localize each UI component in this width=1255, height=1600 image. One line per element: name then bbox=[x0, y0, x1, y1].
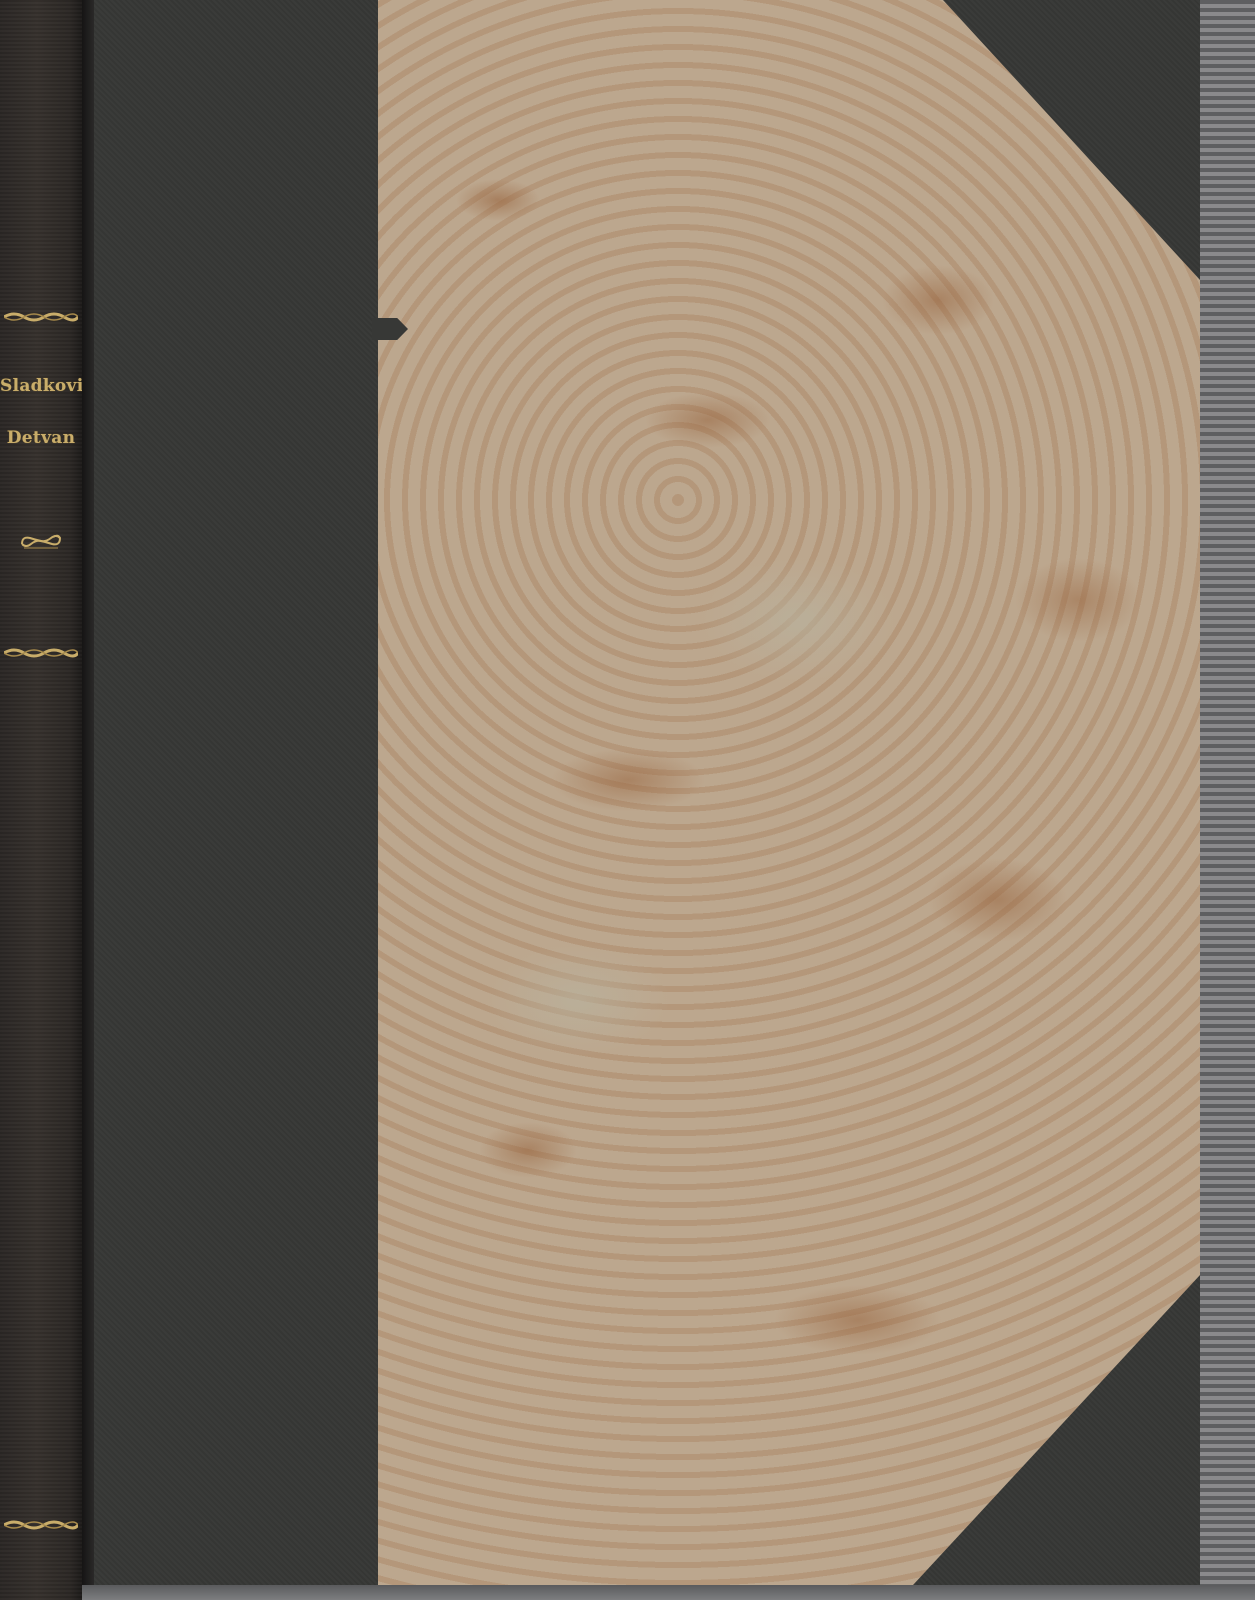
spine-title: Detvan bbox=[0, 428, 82, 448]
spine-author: Sladkovič bbox=[0, 376, 82, 396]
twisted-rule-middle-ornament bbox=[4, 646, 78, 660]
twisted-rule-top-ornament bbox=[4, 310, 78, 324]
marbled-paper-panel bbox=[378, 0, 1200, 1585]
bottom-page-edge bbox=[82, 1585, 1255, 1600]
spine-hinge bbox=[82, 0, 94, 1600]
twisted-rule-bottom-ornament bbox=[4, 1518, 78, 1532]
scroll-flourish-ornament bbox=[18, 532, 64, 550]
page-edges bbox=[1200, 0, 1255, 1600]
book-spine: Sladkovič Detvan bbox=[0, 0, 82, 1600]
